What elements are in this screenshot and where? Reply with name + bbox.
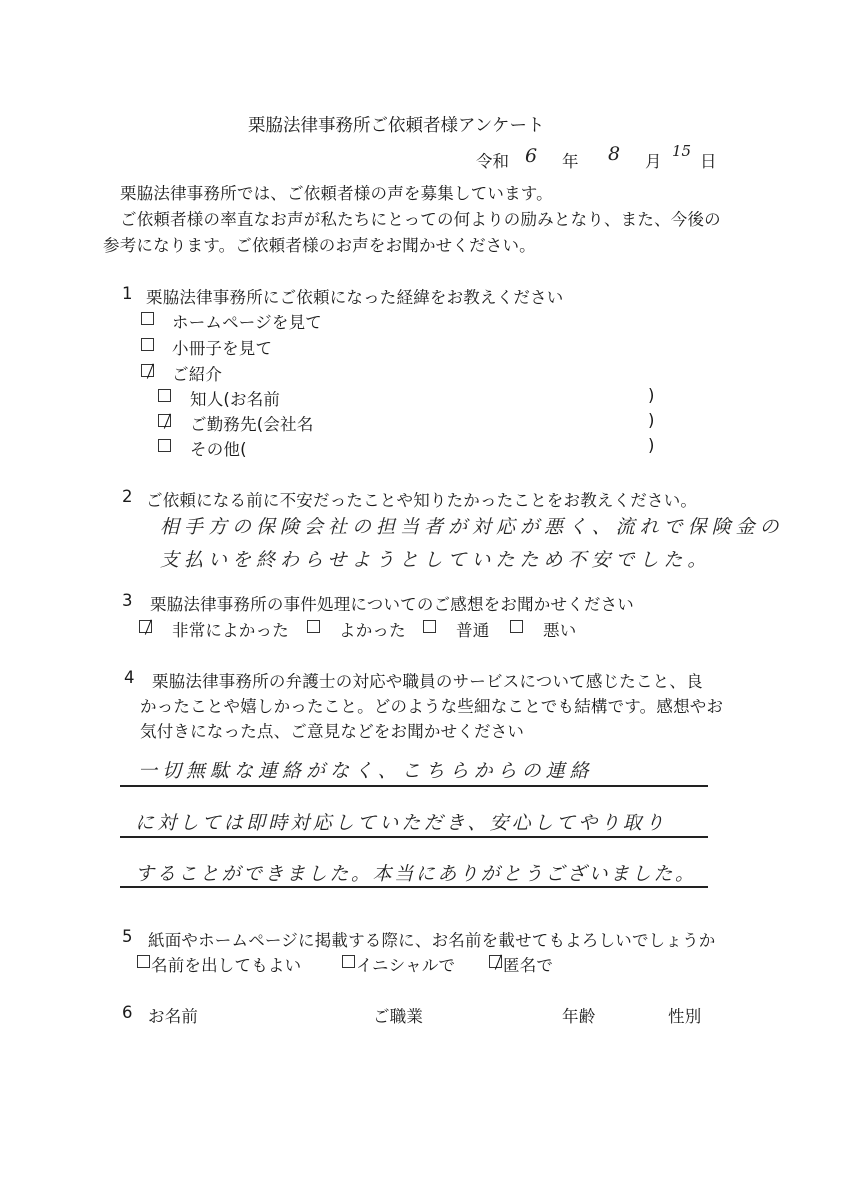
- q3-number: 3: [122, 591, 133, 610]
- date-year-label: 年: [562, 148, 579, 172]
- q5-option-anonymous-label: 匿名で: [503, 952, 553, 976]
- q5-text: 紙面やホームページに掲載する際に、お名前を載せてもよろしいでしょうか: [148, 927, 715, 951]
- q5-option-anonymous-checkbox[interactable]: [489, 955, 502, 968]
- q1-text: 栗脇法律事務所にご依頼になった経緯をお教えください: [146, 284, 564, 308]
- q1-sub-workplace-checkbox[interactable]: [158, 414, 171, 427]
- date-month-value[interactable]: 8: [608, 143, 620, 165]
- q1-sub-acquaintance-label: 知人(お名前: [190, 386, 280, 410]
- q6-number: 6: [122, 1003, 133, 1022]
- q3-option-bad-label: 悪い: [543, 617, 576, 641]
- q4-number: 4: [124, 668, 135, 687]
- q5-number: 5: [122, 927, 133, 946]
- date-day-label: 日: [700, 148, 717, 172]
- q2-number: 2: [122, 487, 133, 506]
- q1-option-referral-label: ご紹介: [172, 361, 222, 385]
- q2-answer-line-2[interactable]: 支払いを終わらせようとしていたため不安でした。: [160, 545, 711, 572]
- q1-sub-workplace-label: ご勤務先(会社名: [190, 411, 314, 435]
- q3-text: 栗脇法律事務所の事件処理についてのご感想をお聞かせください: [150, 591, 634, 615]
- q5-option-initials-label: イニシャルで: [356, 952, 455, 976]
- q4-text-line-1: 栗脇法律事務所の弁護士の対応や職員のサービスについて感じたこと、良: [152, 668, 703, 692]
- q1-option-homepage-label: ホームページを見て: [172, 309, 322, 333]
- q4-text-line-3: 気付きになった点、ご意見などをお聞かせください: [140, 718, 524, 742]
- q1-sub-acquaintance-checkbox[interactable]: [158, 389, 171, 402]
- q6-gender-label: 性別: [668, 1003, 701, 1027]
- q1-option-referral-checkbox[interactable]: [141, 364, 154, 377]
- q6-occupation-label: ご職業: [373, 1003, 423, 1027]
- q3-option-good-label: よかった: [339, 617, 406, 641]
- q4-answer-line-3[interactable]: することができました。本当にありがとうございました。: [135, 859, 697, 886]
- q1-sub-other-label: その他(: [190, 436, 247, 460]
- q5-option-initials-checkbox[interactable]: [342, 955, 355, 968]
- q3-option-good-checkbox[interactable]: [307, 620, 320, 633]
- q2-text: ご依頼になる前に不安だったことや知りたかったことをお教えください。: [146, 487, 697, 511]
- q4-answer-rule-3: [120, 886, 708, 888]
- q4-answer-line-1[interactable]: 一切無駄な連絡がなく、こちらからの連絡: [138, 756, 594, 783]
- q3-option-very-good-label: 非常によかった: [172, 617, 289, 641]
- q1-sub-other-checkbox[interactable]: [158, 439, 171, 452]
- q1-option-booklet-checkbox[interactable]: [141, 338, 154, 351]
- q3-option-bad-checkbox[interactable]: [510, 620, 523, 633]
- q1-sub-acquaintance-close: ): [648, 386, 654, 405]
- date-year-value[interactable]: 6: [525, 145, 537, 167]
- q1-sub-other-close: ): [648, 436, 654, 455]
- q1-sub-workplace-close: ): [648, 411, 654, 430]
- q3-option-average-label: 普通: [456, 617, 489, 641]
- intro-line-1: 栗脇法律事務所では、ご依頼者様の声を募集しています。: [120, 180, 553, 204]
- q6-name-label: お名前: [148, 1003, 198, 1027]
- q5-option-full-name-label: 名前を出してもよい: [151, 952, 301, 976]
- q1-option-homepage-checkbox[interactable]: [141, 312, 154, 325]
- q4-answer-rule-1: [120, 785, 708, 787]
- date-day-value[interactable]: 15: [672, 142, 691, 160]
- q3-option-average-checkbox[interactable]: [423, 620, 436, 633]
- form-title: 栗脇法律事務所ご依頼者様アンケート: [248, 112, 544, 137]
- q1-number: 1: [122, 284, 133, 303]
- q4-answer-rule-2: [120, 836, 708, 838]
- q5-option-full-name-checkbox[interactable]: [137, 955, 150, 968]
- intro-line-3: 参考になります。ご依頼者様のお声をお聞かせください。: [103, 232, 536, 256]
- intro-line-2: ご依頼者様の率直なお声が私たちにとっての何よりの励みとなり、また、今後の: [120, 206, 721, 230]
- q2-answer-line-1[interactable]: 相手方の保険会社の担当者が対応が悪く、流れで保険金の: [160, 512, 784, 539]
- q1-option-booklet-label: 小冊子を見て: [172, 335, 272, 359]
- date-month-label: 月: [645, 148, 662, 172]
- q6-age-label: 年齢: [562, 1003, 595, 1027]
- date-era-label: 令和: [476, 148, 509, 172]
- q3-option-very-good-checkbox[interactable]: [139, 620, 152, 633]
- q4-text-line-2: かったことや嬉しかったこと。どのような些細なことでも結構です。感想やお: [140, 693, 723, 717]
- q4-answer-line-2[interactable]: に対しては即時対応していただき、安心してやり取り: [135, 808, 667, 835]
